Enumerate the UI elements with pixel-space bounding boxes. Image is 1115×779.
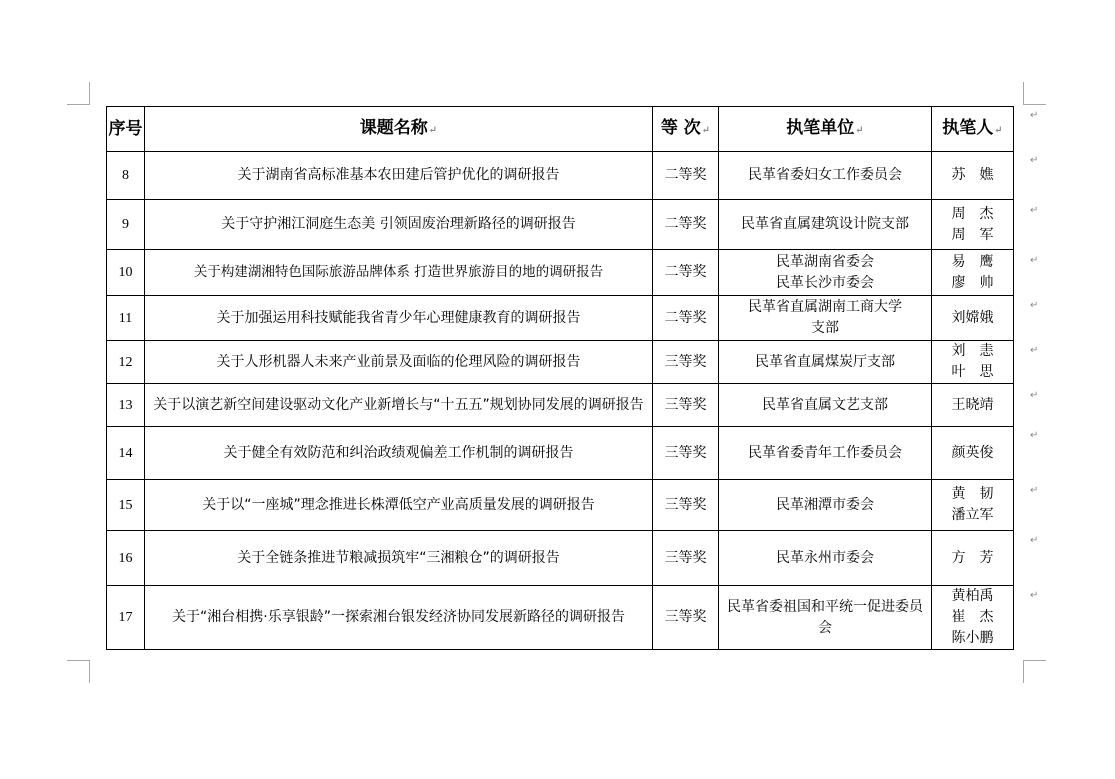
crop-mark-top-left — [67, 82, 90, 105]
paragraph-mark: ↵ — [1030, 205, 1038, 216]
row-rank: 三等奖 — [653, 480, 719, 531]
paragraph-mark: ↵ — [1030, 535, 1038, 546]
row-authors: 刘 恚叶 思 — [932, 341, 1014, 384]
row-no: 10 — [107, 250, 145, 296]
awards-table: 序号 课题名称↵ 等 次↵ 执笔单位↵ 执笔人↵ 8 关于湖南省高标准基本农田建… — [106, 106, 1014, 650]
row-no: 13 — [107, 384, 145, 427]
table-row: 16 关于全链条推进节粮减损筑牢“三湘粮仓”的调研报告 三等奖 民革永州市委会 … — [107, 531, 1014, 586]
row-no: 11 — [107, 296, 145, 341]
table-row: 9 关于守护湘江洞庭生态美 引领固废治理新路径的调研报告 二等奖 民革省直属建筑… — [107, 200, 1014, 250]
table-row: 11 关于加强运用科技赋能我省青少年心理健康教育的调研报告 二等奖 民革省直属湖… — [107, 296, 1014, 341]
row-title: 关于以演艺新空间建设驱动文化产业新增长与“十五五”规划协同发展的调研报告 — [145, 384, 653, 427]
paragraph-mark: ↵ — [1030, 300, 1038, 311]
row-no: 16 — [107, 531, 145, 586]
row-rank: 三等奖 — [653, 531, 719, 586]
row-authors: 易 鹰廖 帅 — [932, 250, 1014, 296]
row-title: 关于“湘台相携·乐享银龄”一探索湘台银发经济协同发展新路径的调研报告 — [145, 586, 653, 650]
row-no: 9 — [107, 200, 145, 250]
row-authors: 刘嫦娥 — [932, 296, 1014, 341]
row-unit: 民革省直属煤炭厅支部 — [719, 341, 932, 384]
row-title: 关于加强运用科技赋能我省青少年心理健康教育的调研报告 — [145, 296, 653, 341]
row-rank: 三等奖 — [653, 384, 719, 427]
table-row: 15 关于以“一座城”理念推进长株潭低空产业高质量发展的调研报告 三等奖 民革湘… — [107, 480, 1014, 531]
table-row: 14 关于健全有效防范和纠治政绩观偏差工作机制的调研报告 三等奖 民革省委青年工… — [107, 427, 1014, 480]
row-title: 关于以“一座城”理念推进长株潭低空产业高质量发展的调研报告 — [145, 480, 653, 531]
header-author: 执笔人↵ — [932, 107, 1014, 152]
row-rank: 三等奖 — [653, 341, 719, 384]
paragraph-mark: ↵ — [1030, 485, 1038, 496]
row-title: 关于构建湖湘特色国际旅游品牌体系 打造世界旅游目的地的调研报告 — [145, 250, 653, 296]
header-rank: 等 次↵ — [653, 107, 719, 152]
table-row: 10 关于构建湖湘特色国际旅游品牌体系 打造世界旅游目的地的调研报告 二等奖 民… — [107, 250, 1014, 296]
table-header-row: 序号 课题名称↵ 等 次↵ 执笔单位↵ 执笔人↵ — [107, 107, 1014, 152]
row-unit: 民革省直属文艺支部 — [719, 384, 932, 427]
row-no: 14 — [107, 427, 145, 480]
row-title: 关于人形机器人未来产业前景及面临的伦理风险的调研报告 — [145, 341, 653, 384]
row-no: 17 — [107, 586, 145, 650]
row-authors: 黄柏禹崔 杰陈小鹏 — [932, 586, 1014, 650]
row-authors: 周 杰周 军 — [932, 200, 1014, 250]
row-unit: 民革湘潭市委会 — [719, 480, 932, 531]
row-title: 关于守护湘江洞庭生态美 引领固废治理新路径的调研报告 — [145, 200, 653, 250]
row-unit: 民革省直属湖南工商大学支部 — [719, 296, 932, 341]
row-rank: 三等奖 — [653, 427, 719, 480]
row-title: 关于健全有效防范和纠治政绩观偏差工作机制的调研报告 — [145, 427, 653, 480]
paragraph-mark: ↵ — [1030, 345, 1038, 356]
row-unit: 民革永州市委会 — [719, 531, 932, 586]
table-row: 17 关于“湘台相携·乐享银龄”一探索湘台银发经济协同发展新路径的调研报告 三等… — [107, 586, 1014, 650]
table-row: 8 关于湖南省高标准基本农田建后管护优化的调研报告 二等奖 民革省委妇女工作委员… — [107, 152, 1014, 200]
row-rank: 二等奖 — [653, 250, 719, 296]
row-unit: 民革省委青年工作委员会 — [719, 427, 932, 480]
row-rank: 二等奖 — [653, 152, 719, 200]
row-unit: 民革省直属建筑设计院支部 — [719, 200, 932, 250]
paragraph-mark: ↵ — [1030, 590, 1038, 601]
row-unit: 民革省委妇女工作委员会 — [719, 152, 932, 200]
row-no: 8 — [107, 152, 145, 200]
table-row: 12 关于人形机器人未来产业前景及面临的伦理风险的调研报告 三等奖 民革省直属煤… — [107, 341, 1014, 384]
row-rank: 二等奖 — [653, 296, 719, 341]
crop-mark-top-right — [1023, 82, 1046, 105]
header-unit: 执笔单位↵ — [719, 107, 932, 152]
row-authors: 王晓靖 — [932, 384, 1014, 427]
row-authors: 苏 嫶 — [932, 152, 1014, 200]
paragraph-mark: ↵ — [1030, 390, 1038, 401]
header-no: 序号 — [107, 107, 145, 152]
crop-mark-bottom-left — [67, 660, 90, 683]
paragraph-mark: ↵ — [1030, 255, 1038, 266]
row-unit: 民革省委祖国和平统一促进委员会 — [719, 586, 932, 650]
row-rank: 三等奖 — [653, 586, 719, 650]
row-title: 关于湖南省高标准基本农田建后管护优化的调研报告 — [145, 152, 653, 200]
paragraph-mark: ↵ — [1030, 155, 1038, 166]
paragraph-mark: ↵ — [1030, 430, 1038, 441]
row-no: 15 — [107, 480, 145, 531]
row-authors: 颜英俊 — [932, 427, 1014, 480]
row-title: 关于全链条推进节粮减损筑牢“三湘粮仓”的调研报告 — [145, 531, 653, 586]
row-unit: 民革湖南省委会民革长沙市委会 — [719, 250, 932, 296]
table-row: 13 关于以演艺新空间建设驱动文化产业新增长与“十五五”规划协同发展的调研报告 … — [107, 384, 1014, 427]
paragraph-mark: ↵ — [1030, 110, 1038, 121]
crop-mark-bottom-right — [1023, 660, 1046, 683]
header-title: 课题名称↵ — [145, 107, 653, 152]
row-authors: 黄 韧潘立军 — [932, 480, 1014, 531]
row-no: 12 — [107, 341, 145, 384]
row-rank: 二等奖 — [653, 200, 719, 250]
row-authors: 方 芳 — [932, 531, 1014, 586]
